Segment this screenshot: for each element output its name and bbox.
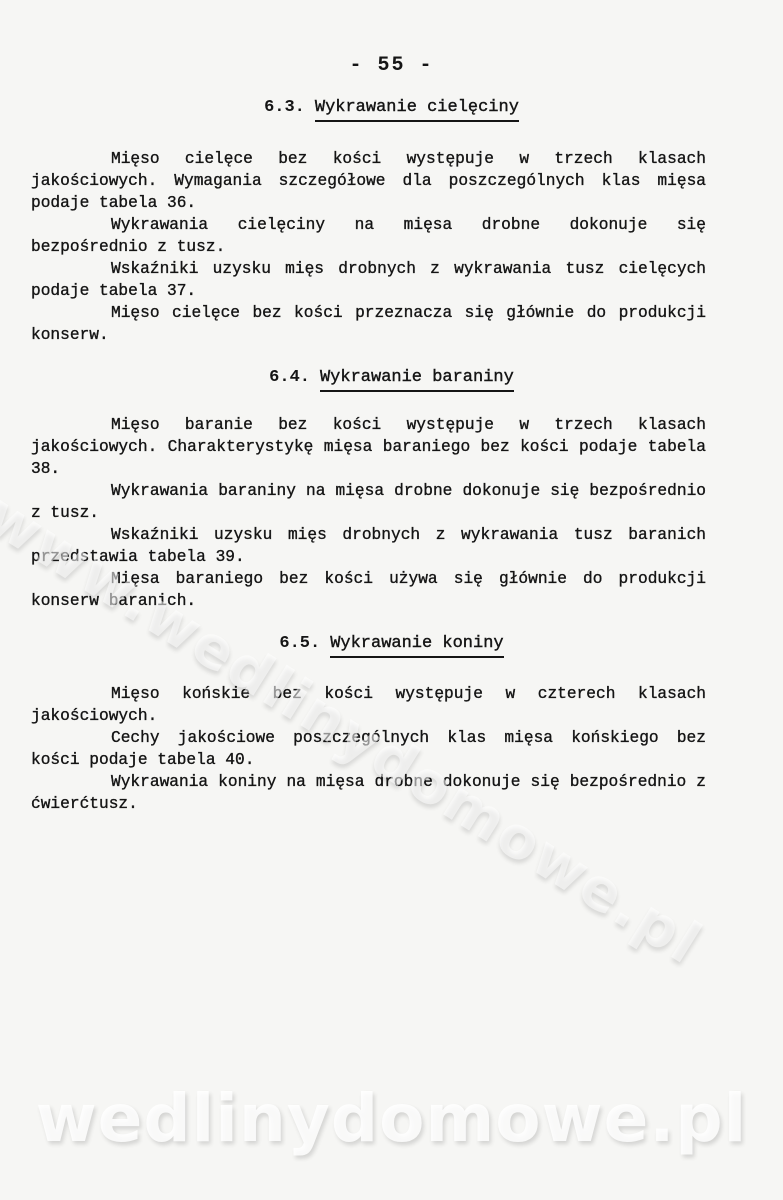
section-heading-6-3: 6.3.Wykrawanie cielęciny — [0, 98, 783, 117]
section-body-6-3: Mięso cielęce bez kości występuje w trze… — [31, 148, 706, 346]
section-body-6-5: Mięso końskie bez kości występuje w czte… — [31, 683, 706, 815]
paragraph: Mięso końskie bez kości występuje w czte… — [31, 683, 706, 727]
paragraph: Mięso cielęce bez kości występuje w trze… — [31, 148, 706, 214]
section-number: 6.3. — [264, 98, 305, 117]
page-number: - 55 - — [0, 54, 783, 77]
paragraph: Mięso baranie bez kości występuje w trze… — [31, 414, 706, 480]
bottom-watermark: wedlinydomowe.pl — [0, 1080, 783, 1157]
section-number: 6.4. — [269, 368, 310, 387]
section-body-6-4: Mięso baranie bez kości występuje w trze… — [31, 414, 706, 612]
paragraph: Wskaźniki uzysku mięs drobnych z wykrawa… — [31, 258, 706, 302]
paragraph: Wskaźniki uzysku mięs drobnych z wykrawa… — [31, 524, 706, 568]
paragraph: Mięso cielęce bez kości przeznacza się g… — [31, 302, 706, 346]
paragraph: Wykrawania koniny na mięsa drobne dokonu… — [31, 771, 706, 815]
section-heading-6-5: 6.5.Wykrawanie koniny — [0, 634, 783, 653]
section-number: 6.5. — [279, 634, 320, 653]
paragraph: Wykrawania baraniny na mięsa drobne doko… — [31, 480, 706, 524]
document-page: - 55 - 6.3.Wykrawanie cielęciny Mięso ci… — [0, 0, 783, 1200]
section-title: Wykrawanie cielęciny — [315, 98, 519, 122]
section-title: Wykrawanie koniny — [330, 634, 503, 658]
paragraph: Cechy jakościowe poszczególnych klas mię… — [31, 727, 706, 771]
section-heading-6-4: 6.4.Wykrawanie baraniny — [0, 368, 783, 387]
paragraph: Mięsa baraniego bez kości używa się głów… — [31, 568, 706, 612]
paragraph: Wykrawania cielęciny na mięsa drobne dok… — [31, 214, 706, 258]
section-title: Wykrawanie baraniny — [320, 368, 514, 392]
